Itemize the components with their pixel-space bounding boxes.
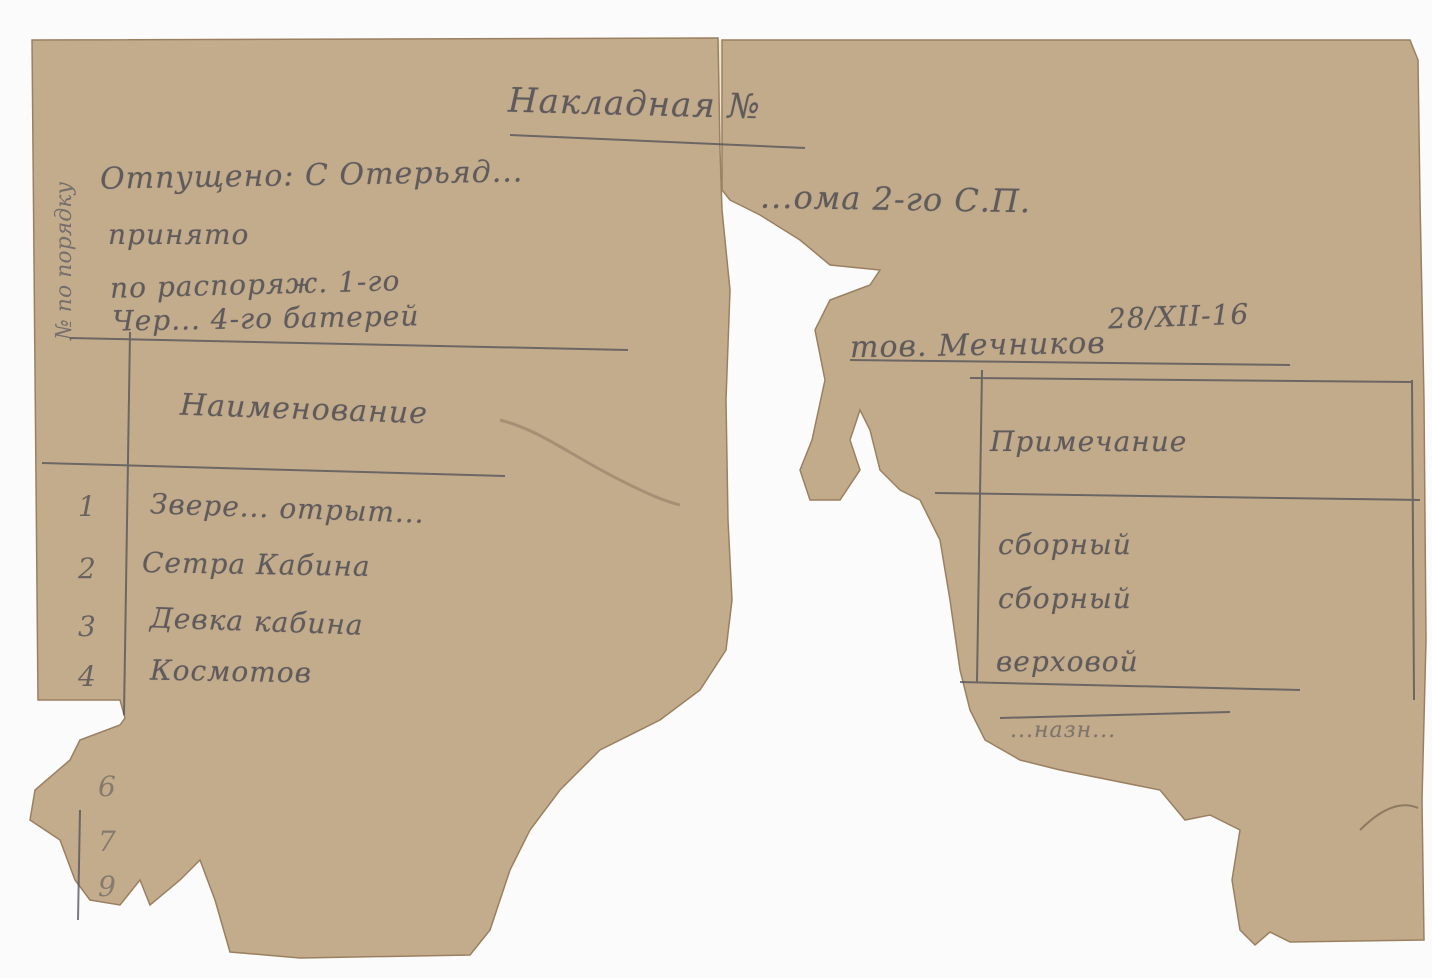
row-number: 4: [78, 660, 96, 693]
row-item-name: Космотов: [150, 654, 313, 690]
row-remark: сборный: [998, 528, 1132, 561]
row-remark: сборный: [998, 582, 1132, 615]
header-released-from: Отпущено: С Отерьяд...: [100, 154, 524, 196]
header-date: 28/XII-16: [1107, 298, 1249, 336]
column-header-remarks: Примечание: [990, 425, 1187, 458]
header-battery: Чер... 4-го батерей: [112, 299, 420, 337]
column-header-number: № по порядку: [52, 182, 77, 340]
header-released-from-continued: ...ома 2-го С.П.: [760, 178, 1032, 221]
header-recipient: тов. Мечников: [850, 326, 1106, 365]
row-number: 9: [98, 870, 116, 903]
row-number: 2: [78, 552, 96, 585]
row-number: 1: [78, 490, 96, 523]
row-remark: верховой: [996, 645, 1139, 678]
row-number: 6: [98, 770, 116, 803]
row-number: 3: [78, 610, 96, 643]
row-item-name: Сетра Кабина: [142, 546, 371, 583]
scanned-document: Накладная № Отпущено: С Отерьяд... ...ом…: [0, 0, 1432, 978]
row-remark: ...назн...: [1010, 718, 1116, 743]
document-title: Накладная №: [508, 81, 762, 128]
row-number: 7: [98, 825, 116, 858]
header-received: принято: [108, 218, 249, 251]
